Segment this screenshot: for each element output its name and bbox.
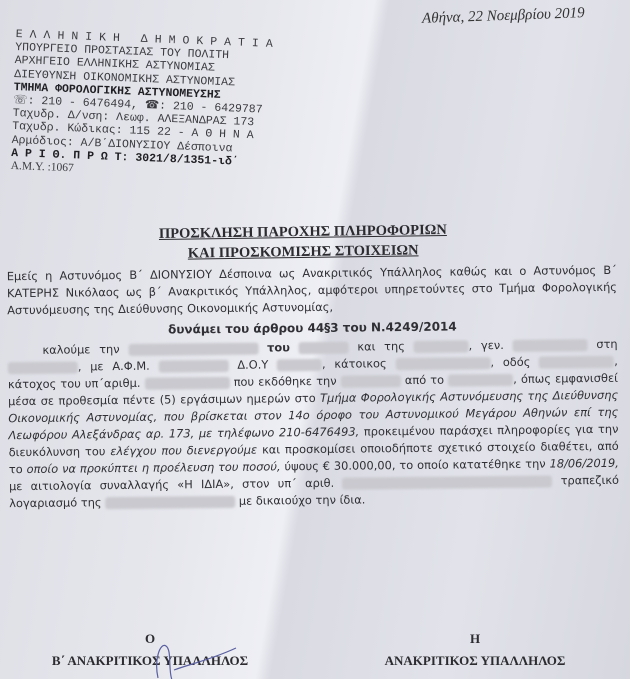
redacted-issuer: [448, 373, 513, 386]
redacted-name: [128, 342, 258, 355]
letterhead: ΕΛΛΗΝΙΚΗ ΔΗΜΟΚΡΑΤΙΑ ΥΠΟΥΡΓΕΙΟ ΠΡΟΣΤΑΣΙΑΣ…: [10, 28, 345, 186]
intro-paragraph: Εμείς η Αστυνόμος Β΄ ΔΙΟΝΥΣΙΟΥ Δέσποινα …: [7, 262, 618, 319]
redacted-residence: [395, 357, 490, 370]
summons-paragraph: καλούμε την του και της , γεν. στη , με …: [8, 336, 620, 512]
redacted-birthplace: [8, 361, 78, 374]
signature-block-investigator: Η ΑΝΑΚΡΙΤΙΚΟΣ ΥΠΑΛΛΗΛΟΣ: [370, 628, 580, 672]
document-title: ΠΡΟΣΚΛΗΣΗ ΠΑΡΟΧΗΣ ΠΛΗΡΟΦΟΡΙΩΝ ΚΑΙ ΠΡΟΣΚΟ…: [128, 220, 479, 265]
redacted-account-number: [342, 475, 552, 489]
redacted-birth-date: [513, 339, 588, 352]
redacted-tax-id: [158, 359, 228, 372]
redacted-issue-date: [341, 375, 401, 388]
document-page: ΕΛΛΗΝΙΚΗ ΔΗΜΟΚΡΑΤΙΑ ΥΠΟΥΡΓΕΙΟ ΠΡΟΣΤΑΣΙΑΣ…: [0, 0, 630, 679]
redacted-id-number: [144, 376, 229, 389]
redacted-father-name: [299, 341, 349, 354]
deposit-date: 18/06/2019,: [549, 456, 618, 471]
amount-text: ύψους € 30.000,00, το οποίο κατατέθηκε τ…: [284, 457, 545, 474]
document-date: Αθήνα, 22 Νοεμβρίου 2019: [422, 5, 585, 28]
document-body: Εμείς η Αστυνόμος Β΄ ΔΙΟΝΥΣΙΟΥ Δέσποινα …: [7, 262, 620, 512]
redacted-bank: [105, 495, 235, 508]
redacted-mother-name: [414, 340, 469, 353]
redacted-tax-office: [277, 358, 322, 370]
redacted-street: [539, 355, 614, 368]
handwritten-signature-icon: [150, 640, 240, 679]
